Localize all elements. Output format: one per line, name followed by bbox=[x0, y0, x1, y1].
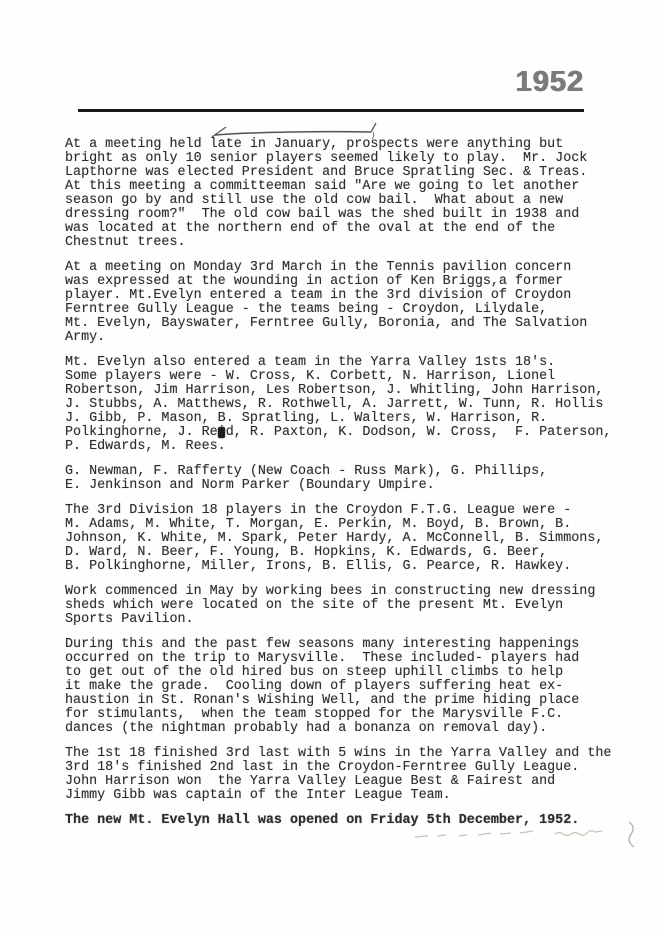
paragraph-7: During this and the past few seasons man… bbox=[65, 638, 630, 736]
typed-overstrike-mark bbox=[218, 427, 225, 438]
document-page: 1952 At a meeting held late in January, … bbox=[0, 0, 662, 936]
paragraph-4: G. Newman, F. Rafferty (New Coach - Russ… bbox=[65, 465, 630, 493]
document-body: At a meeting held late in January, prosp… bbox=[65, 138, 630, 839]
paragraph-2: At a meeting on Monday 3rd March in the … bbox=[65, 261, 630, 345]
paragraph-5: The 3rd Division 18 players in the Croyd… bbox=[65, 504, 630, 574]
paragraph-3: Mt. Evelyn also entered a team in the Ya… bbox=[65, 356, 630, 454]
paragraph-1: At a meeting held late in January, prosp… bbox=[65, 138, 630, 250]
year-heading: 1952 bbox=[515, 68, 584, 97]
paragraph-8: The 1st 18 finished 3rd last with 5 wins… bbox=[65, 747, 630, 803]
header-rule bbox=[78, 109, 584, 112]
paragraph-6: Work commenced in May by working bees in… bbox=[65, 585, 630, 627]
pencil-scribble bbox=[405, 816, 650, 848]
